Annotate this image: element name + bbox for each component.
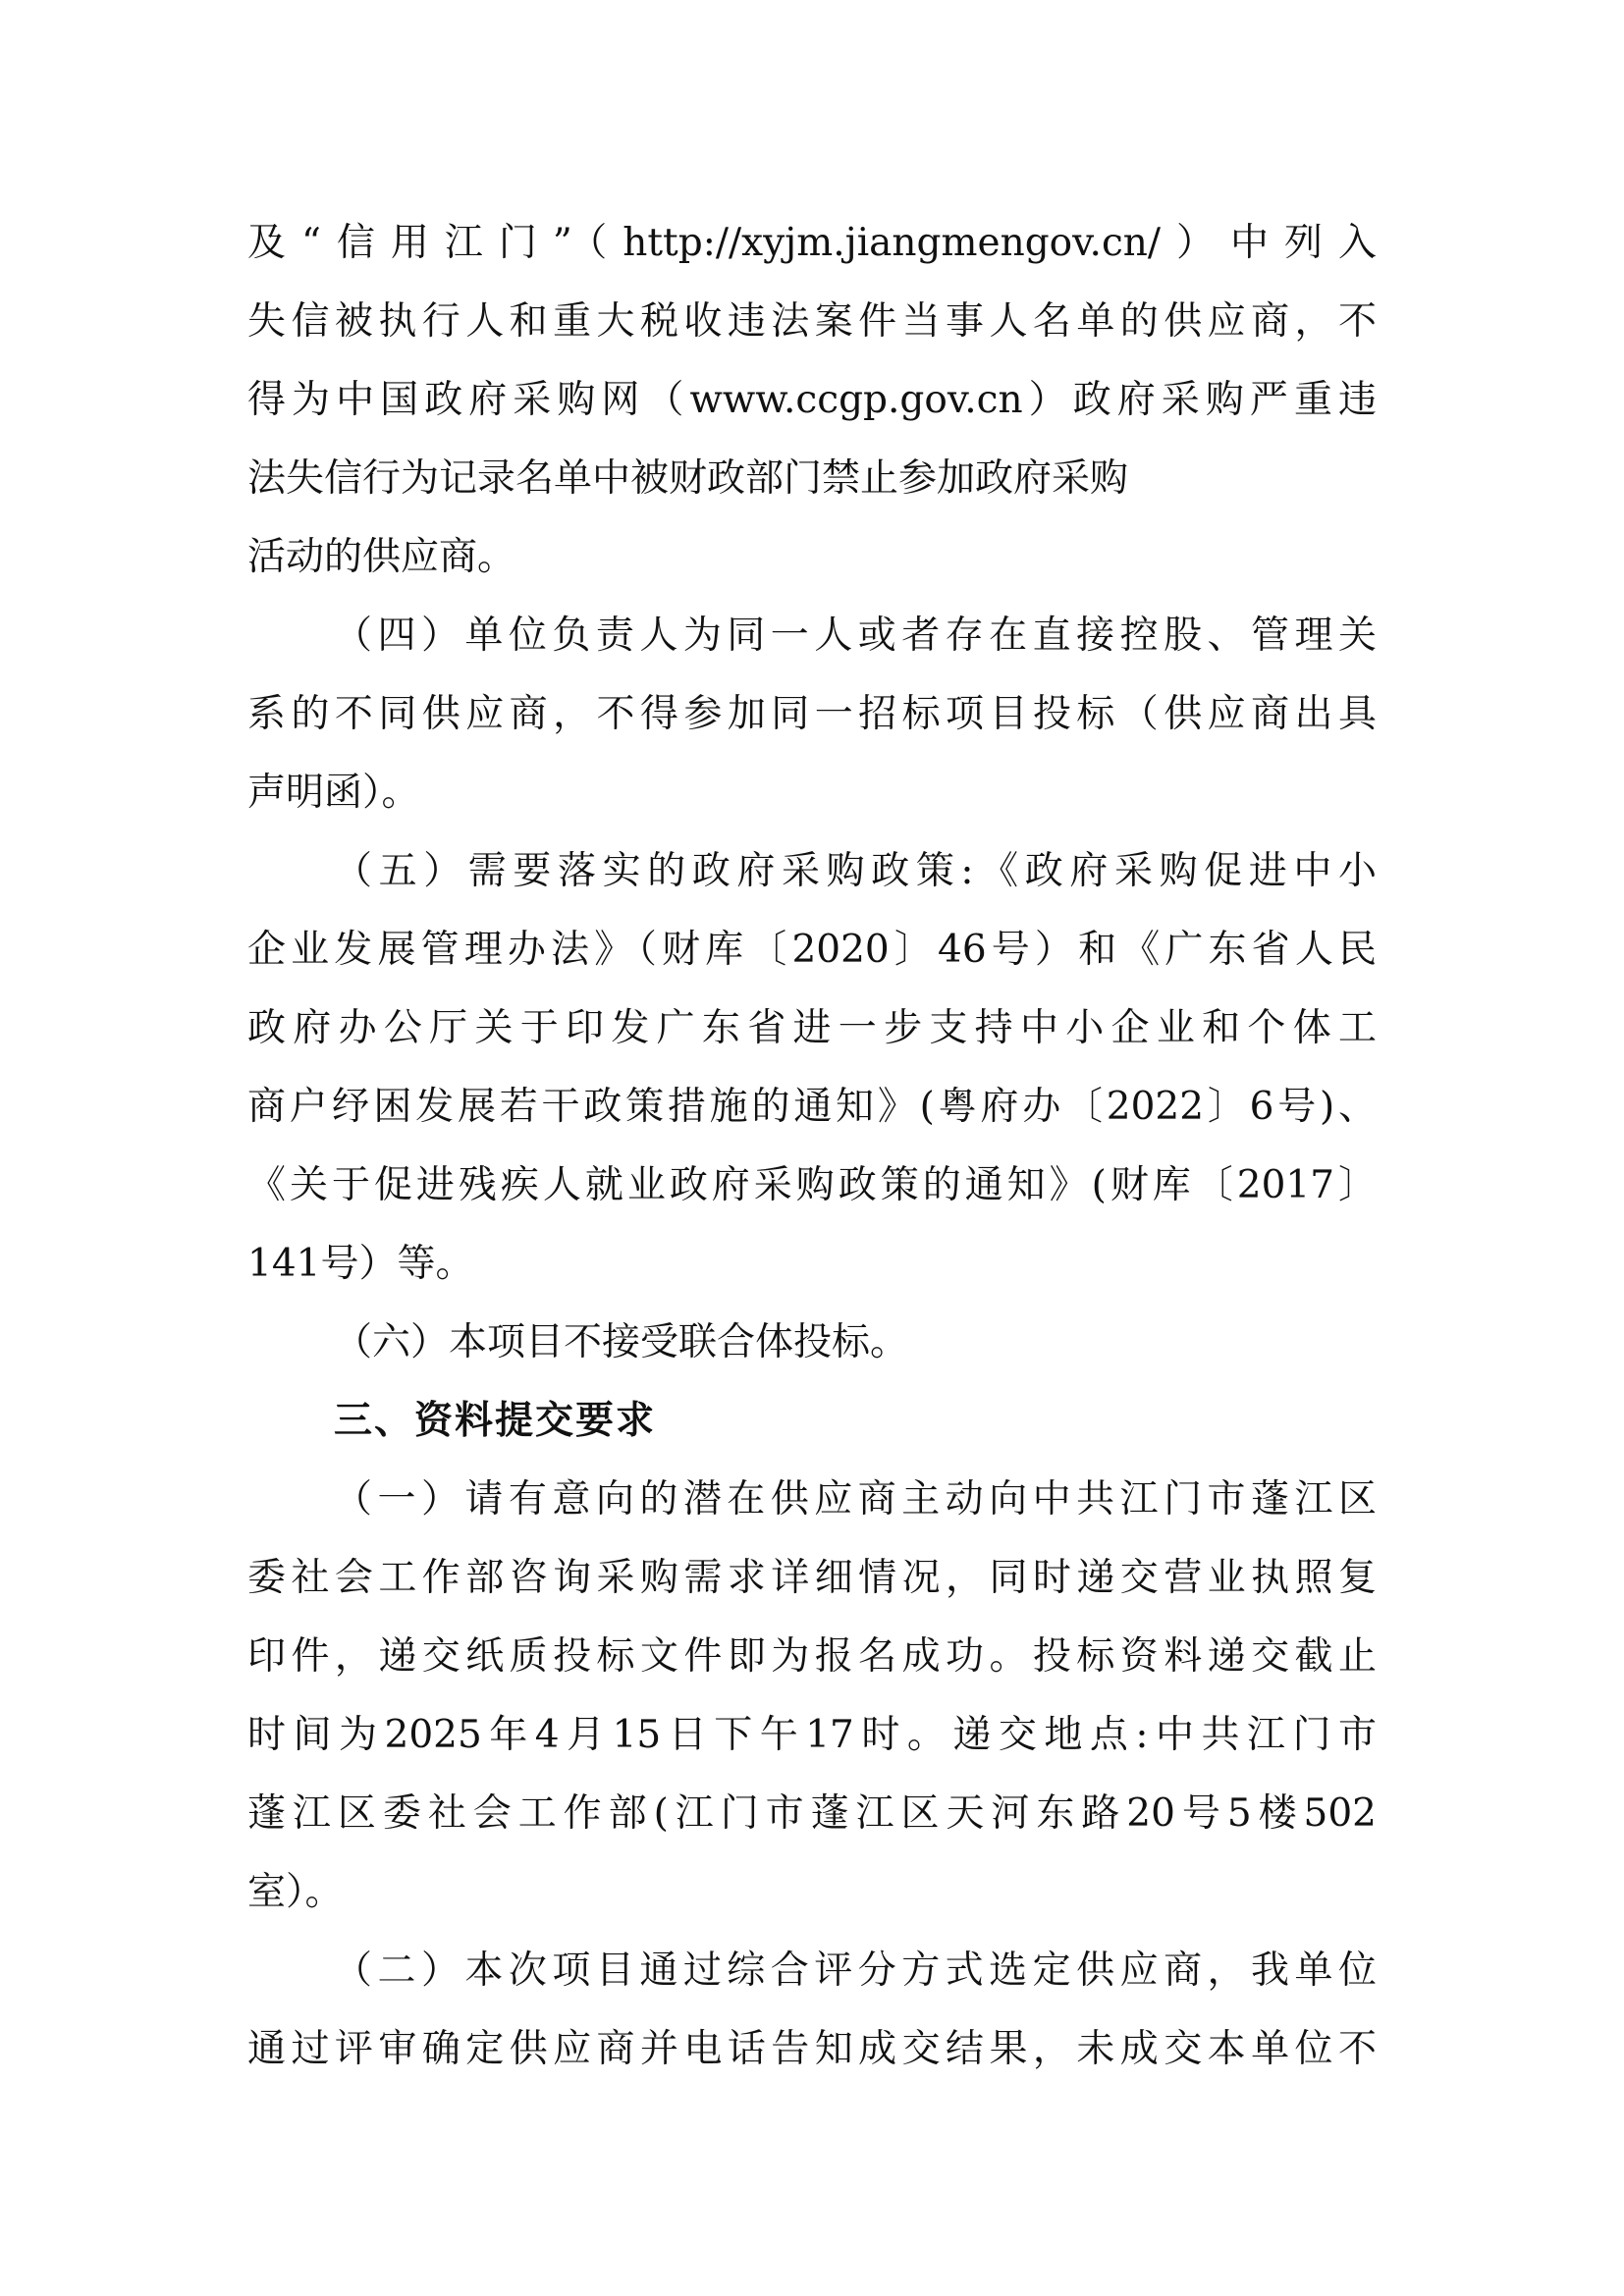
text-line: 法失信行为记录名单中被财政部门禁止参加政府采购: [247, 455, 1377, 503]
text-line: 委社会工作部咨询采购需求详细情况，同时递交营业执照复: [247, 1555, 1377, 1602]
text-line: 商户纾困发展若干政策措施的通知》(粤府办〔2022〕6号)、: [247, 1084, 1377, 1131]
text-line: 通过评审确定供应商并电话告知成交结果，未成交本单位不: [247, 2026, 1377, 2073]
section-heading: 三、资料提交要求: [334, 1398, 1377, 1445]
text-line: 时间为2025年4月15日下午17时。递交地点:中共江门市: [247, 1712, 1377, 1759]
paragraph-start-line: （五）需要落实的政府采购政策:《政府采购促进中小: [334, 848, 1377, 895]
paragraph-start-line: （一）请有意向的潜在供应商主动向中共江门市蓬江区: [334, 1476, 1377, 1523]
text-line: 得为中国政府采购网（www.ccgp.gov.cn）政府采购严重违: [247, 377, 1377, 424]
text-line: 室）。: [247, 1869, 1377, 1916]
text-line: 及“信用江门”（http://xyjm.jiangmengov.cn/）中列入: [247, 220, 1377, 267]
text-line: 印件，递交纸质投标文件即为报名成功。投标资料递交截止: [247, 1633, 1377, 1681]
text-line: 失信被执行人和重大税收违法案件当事人名单的供应商，不: [247, 298, 1377, 346]
paragraph-start-line: （二）本次项目通过综合评分方式选定供应商，我单位: [334, 1948, 1377, 1995]
text-line: 政府办公厅关于印发广东省进一步支持中小企业和个体工: [247, 1005, 1377, 1052]
text-line: 企业发展管理办法》（财库〔2020〕46号）和《广东省人民: [247, 927, 1377, 974]
text-line: 141号）等。: [247, 1241, 1377, 1288]
text-line: 《关于促进残疾人就业政府采购政策的通知》(财库〔2017〕: [247, 1162, 1377, 1209]
document-page: 及“信用江门”（http://xyjm.jiangmengov.cn/）中列入 …: [0, 0, 1624, 2296]
text-line: 声明函）。: [247, 770, 1377, 817]
text-line: 蓬江区委社会工作部(江门市蓬江区天河东路20号5楼502: [247, 1790, 1377, 1838]
paragraph-start-line: （六）本项目不接受联合体投标。: [334, 1319, 1377, 1366]
text-line: 系的不同供应商，不得参加同一招标项目投标（供应商出具: [247, 691, 1377, 738]
paragraph-start-line: （四）单位负责人为同一人或者存在直接控股、管理关: [334, 613, 1377, 660]
text-line: 活动的供应商。: [247, 534, 1377, 581]
